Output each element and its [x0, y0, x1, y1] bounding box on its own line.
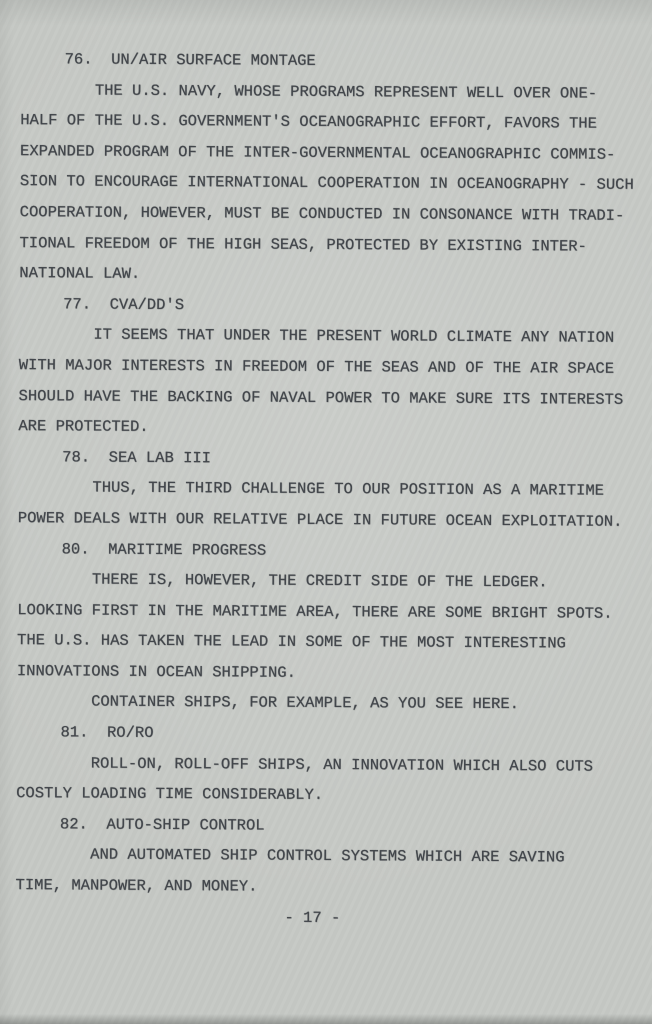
text-line: SION TO ENCOURAGE INTERNATIONAL COOPERAT…	[20, 166, 640, 200]
section-heading: 77.CVA/DD'S	[19, 289, 639, 323]
text-line: TIME, MANPOWER, AND MONEY.	[15, 870, 635, 904]
text-line: COOPERATION, HOWEVER, MUST BE CONDUCTED …	[20, 197, 640, 231]
text-line: LOOKING FIRST IN THE MARITIME AREA, THER…	[17, 595, 637, 629]
text-line: THE U.S. NAVY, WHOSE PROGRAMS REPRESENT …	[20, 75, 640, 109]
text-line: AND AUTOMATED SHIP CONTROL SYSTEMS WHICH…	[16, 840, 636, 874]
text-line: NATIONAL LAW.	[19, 258, 639, 292]
section-title: MARITIME PROGRESS	[108, 540, 266, 559]
page-number: - 17 -	[15, 901, 635, 935]
document-body: 76.UN/AIR SURFACE MONTAGETHE U.S. NAVY, …	[15, 44, 640, 935]
section-number: 82.	[60, 815, 88, 833]
section-title: SEA LAB III	[109, 448, 211, 467]
text-line: ARE PROTECTED.	[18, 411, 638, 445]
text-line: POWER DEALS WITH OUR RELATIVE PLACE IN F…	[18, 503, 638, 537]
scanned-page: 76.UN/AIR SURFACE MONTAGETHE U.S. NAVY, …	[0, 0, 652, 1024]
section-title: CVA/DD'S	[110, 295, 185, 313]
section-number: 76.	[65, 50, 93, 68]
text-line: THE U.S. HAS TAKEN THE LEAD IN SOME OF T…	[17, 625, 637, 659]
text-line: EXPANDED PROGRAM OF THE INTER-GOVERNMENT…	[20, 136, 640, 170]
section-title: RO/RO	[107, 724, 154, 742]
text-line: CONTAINER SHIPS, FOR EXAMPLE, AS YOU SEE…	[17, 687, 637, 721]
section-heading: 81.RO/RO	[16, 717, 636, 751]
section-heading: 80.MARITIME PROGRESS	[18, 534, 638, 568]
text-line: IT SEEMS THAT UNDER THE PRESENT WORLD CL…	[19, 319, 639, 353]
text-line: SHOULD HAVE THE BACKING OF NAVAL POWER T…	[18, 381, 638, 415]
section-number: 77.	[63, 295, 91, 313]
text-line: HALF OF THE U.S. GOVERNMENT'S OCEANOGRAP…	[20, 105, 640, 139]
section-heading: 78.SEA LAB III	[18, 442, 638, 476]
section-title: AUTO-SHIP CONTROL	[106, 815, 264, 834]
text-line: TIONAL FREEDOM OF THE HIGH SEAS, PROTECT…	[19, 228, 639, 262]
text-line: INNOVATIONS IN OCEAN SHIPPING.	[17, 656, 637, 690]
text-line: WITH MAJOR INTERESTS IN FREEDOM OF THE S…	[19, 350, 639, 384]
text-line: THUS, THE THIRD CHALLENGE TO OUR POSITIO…	[18, 472, 638, 506]
section-number: 78.	[62, 448, 90, 466]
section-number: 80.	[62, 540, 90, 558]
text-line: COSTLY LOADING TIME CONSIDERABLY.	[16, 778, 636, 812]
text-line: THERE IS, HOWEVER, THE CREDIT SIDE OF TH…	[17, 564, 637, 598]
text-line: ROLL-ON, ROLL-OFF SHIPS, AN INNOVATION W…	[16, 748, 636, 782]
section-title: UN/AIR SURFACE MONTAGE	[111, 51, 316, 70]
section-heading: 76.UN/AIR SURFACE MONTAGE	[21, 44, 641, 78]
section-number: 81.	[60, 723, 88, 741]
section-heading: 82.AUTO-SHIP CONTROL	[16, 809, 636, 843]
